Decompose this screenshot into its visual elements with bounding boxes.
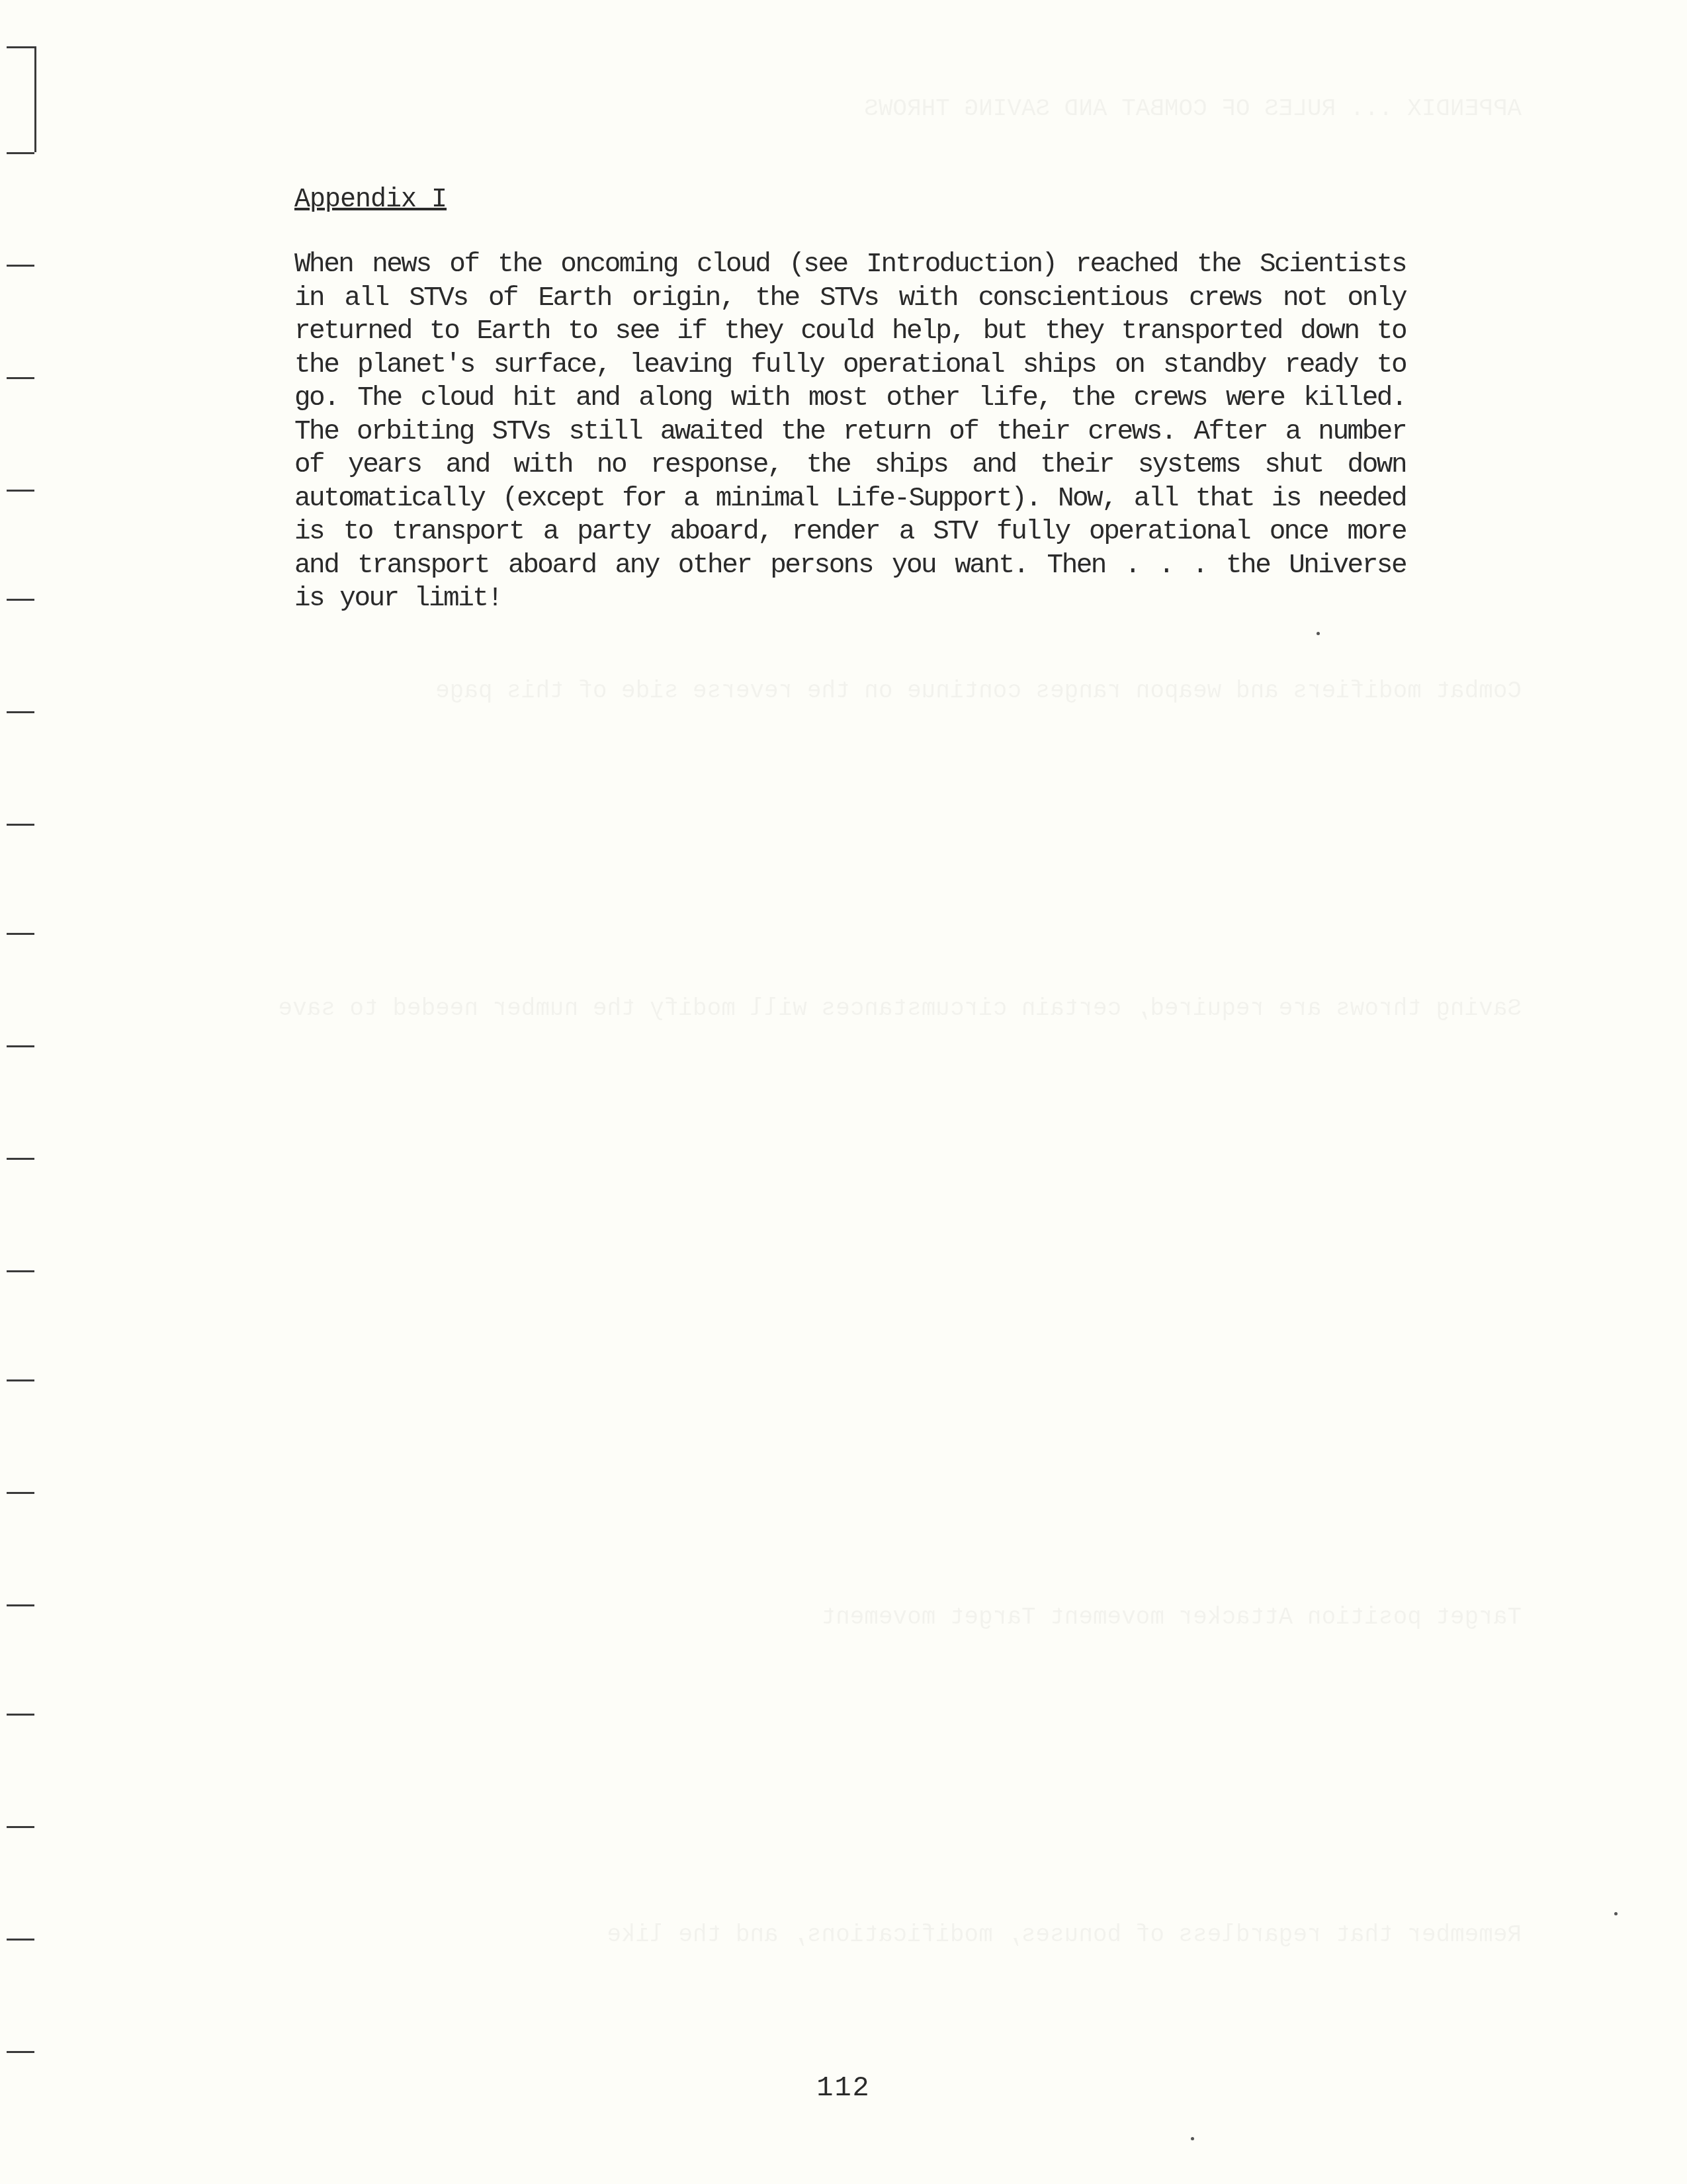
stray-mark bbox=[1614, 1912, 1618, 1915]
page-number: 112 bbox=[0, 2072, 1687, 2104]
stray-mark bbox=[1191, 2137, 1194, 2140]
appendix-heading: Appendix I bbox=[294, 185, 1406, 215]
stray-mark bbox=[1317, 632, 1320, 635]
appendix-body-paragraph: When news of the oncoming cloud (see Int… bbox=[294, 248, 1406, 616]
appendix-section: Appendix I When news of the oncoming clo… bbox=[294, 185, 1406, 616]
